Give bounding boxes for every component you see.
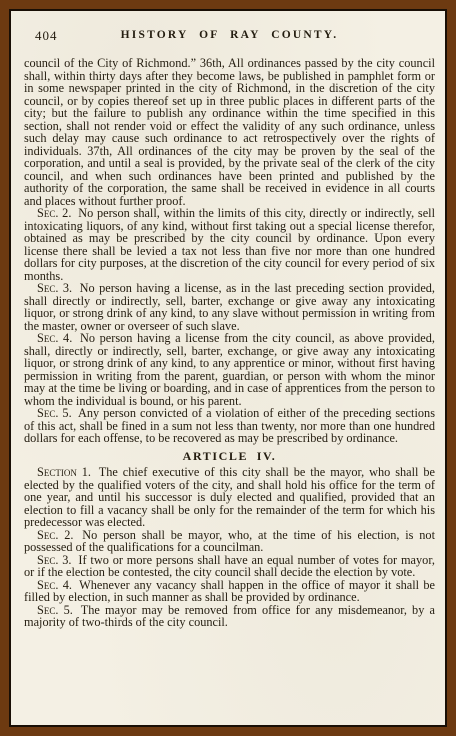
section-text: No person shall be mayor, who, at the ti… — [24, 528, 435, 555]
section-paragraph: Sec. 3. No person having a license, as i… — [24, 282, 435, 332]
continuation-paragraph: council of the City of Richmond.” 36th, … — [24, 57, 435, 207]
section-text: The mayor may be removed from office for… — [24, 603, 435, 630]
running-title: HISTORY OF RAY COUNTY. — [24, 29, 435, 41]
running-header: 404 HISTORY OF RAY COUNTY. — [24, 28, 435, 44]
section-paragraph: Sec. 5. Any person convicted of a violat… — [24, 407, 435, 445]
section-paragraph: Sec. 4. No person having a license from … — [24, 332, 435, 407]
section-paragraph: Sec. 2. No person shall be mayor, who, a… — [24, 529, 435, 554]
section-paragraph: Sec. 2. No person shall, within the limi… — [24, 207, 435, 282]
section-paragraph: Section 1. The chief executive of this c… — [24, 466, 435, 529]
section-text: No person shall, within the limits of th… — [24, 206, 435, 283]
section-text: If two or more persons shall have an equ… — [24, 553, 435, 580]
section-paragraph: Sec. 3. If two or more persons shall hav… — [24, 554, 435, 579]
section-text: No person having a license from the city… — [24, 331, 435, 408]
section-paragraph: Sec. 4. Whenever any vacancy shall happe… — [24, 579, 435, 604]
section-text: No person having a license, as in the la… — [24, 281, 435, 333]
scanned-page-frame: 404 HISTORY OF RAY COUNTY. council of th… — [0, 0, 456, 736]
section-text: Any person convicted of a violation of e… — [24, 406, 435, 445]
section-paragraph: Sec. 5. The mayor may be removed from of… — [24, 604, 435, 629]
section-text: Whenever any vacancy shall happen in the… — [24, 578, 435, 605]
page-body: council of the City of Richmond.” 36th, … — [24, 57, 435, 629]
article-heading: ARTICLE IV. — [24, 450, 435, 463]
book-page: 404 HISTORY OF RAY COUNTY. council of th… — [9, 9, 447, 727]
